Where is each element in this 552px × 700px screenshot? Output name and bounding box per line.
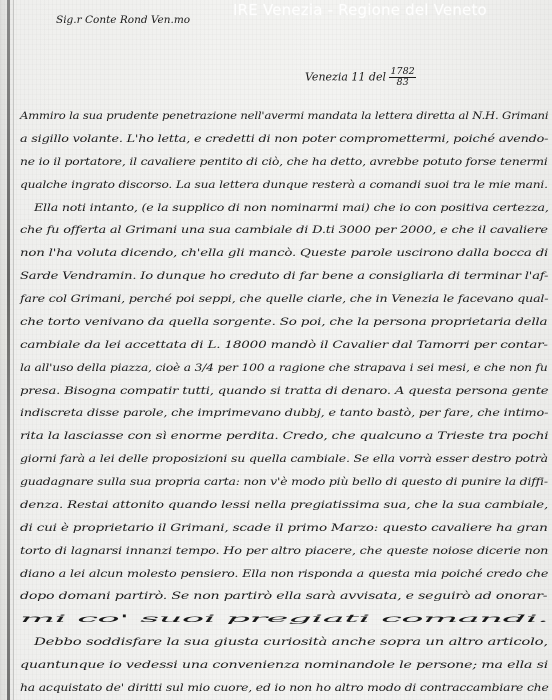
letter-line: dopo domani partirò. Se non partirò ella… (20, 591, 547, 602)
letter-line: cambiale da lei accettata di L. 18000 ma… (20, 340, 548, 351)
letter-line: qualche ingrato discorso. La sua lettera… (20, 180, 548, 191)
letter-line: che torto venivano da quella sorgente. S… (20, 317, 547, 328)
archive-watermark: IRE Venezia - Regione del Veneto (180, 1, 540, 19)
letter-line: la all'uso della piazza, cioè a 3/4 per … (20, 363, 548, 374)
year-bottom: 83 (389, 78, 415, 88)
binding-fold-line (13, 0, 14, 700)
letter-line: fare col Grimani, perché poi seppi, che … (20, 294, 548, 305)
letter-line: ne io il portatore, il cavaliere pentito… (20, 157, 548, 168)
letter-line: giorni farà a lei delle proposizioni su … (20, 454, 548, 465)
letter-line: ha acquistato de' diritti sul mio cuore,… (20, 683, 549, 694)
year-fraction: 1782 83 (389, 67, 415, 88)
letter-line: Ammiro la sua prudente penetrazione nell… (20, 111, 548, 122)
letter-line: presa. Bisogna compatir tutti, quando si… (20, 386, 548, 397)
letter-line: mi co' suoi pregiati comandi. (20, 614, 548, 625)
letter-line: denza. Restai attonito quando lessi nell… (20, 500, 548, 511)
letter-line: Sarde Vendramin. Io dunque ho creduto di… (20, 271, 548, 282)
letter-line: guadagnare sulla sua propria carta: non … (20, 477, 548, 488)
letter-line: a sigillo volante. L'ho letta, e credett… (20, 134, 548, 145)
letter-line: che fu offerta al Grimani una sua cambia… (20, 225, 548, 236)
dateline: Venezia 11 del 1782 83 (305, 67, 416, 88)
letter-line: non l'ha voluta dicendo, ch'ella gli man… (20, 248, 548, 259)
letter-line: di cui è proprietario il Grimani, scade … (20, 523, 548, 534)
salutation: Sig.r Conte Rond Ven.mo (56, 14, 190, 26)
letter-line: quantunque io vedessi una convenienza no… (20, 660, 548, 671)
place-date: Venezia 11 del (305, 71, 386, 84)
letter-line: Ella noti intanto, (e la supplico di non… (34, 203, 549, 214)
letter-line: diano a lei alcun molesto pensiero. Ella… (20, 569, 548, 580)
letter-line: indiscreta disse parole, che imprimevano… (20, 408, 548, 419)
letter-line: Debbo soddisfare la sua giusta curiosità… (34, 637, 548, 648)
binding-edge (7, 0, 10, 700)
letter-line: torto di lagnarsi innanzi tempo. Ho per … (20, 546, 548, 557)
letter-line: rita la lasciasse con sì enorme perdita.… (20, 431, 548, 442)
scanned-letter-page: IRE Venezia - Regione del Veneto Sig.r C… (0, 0, 552, 700)
